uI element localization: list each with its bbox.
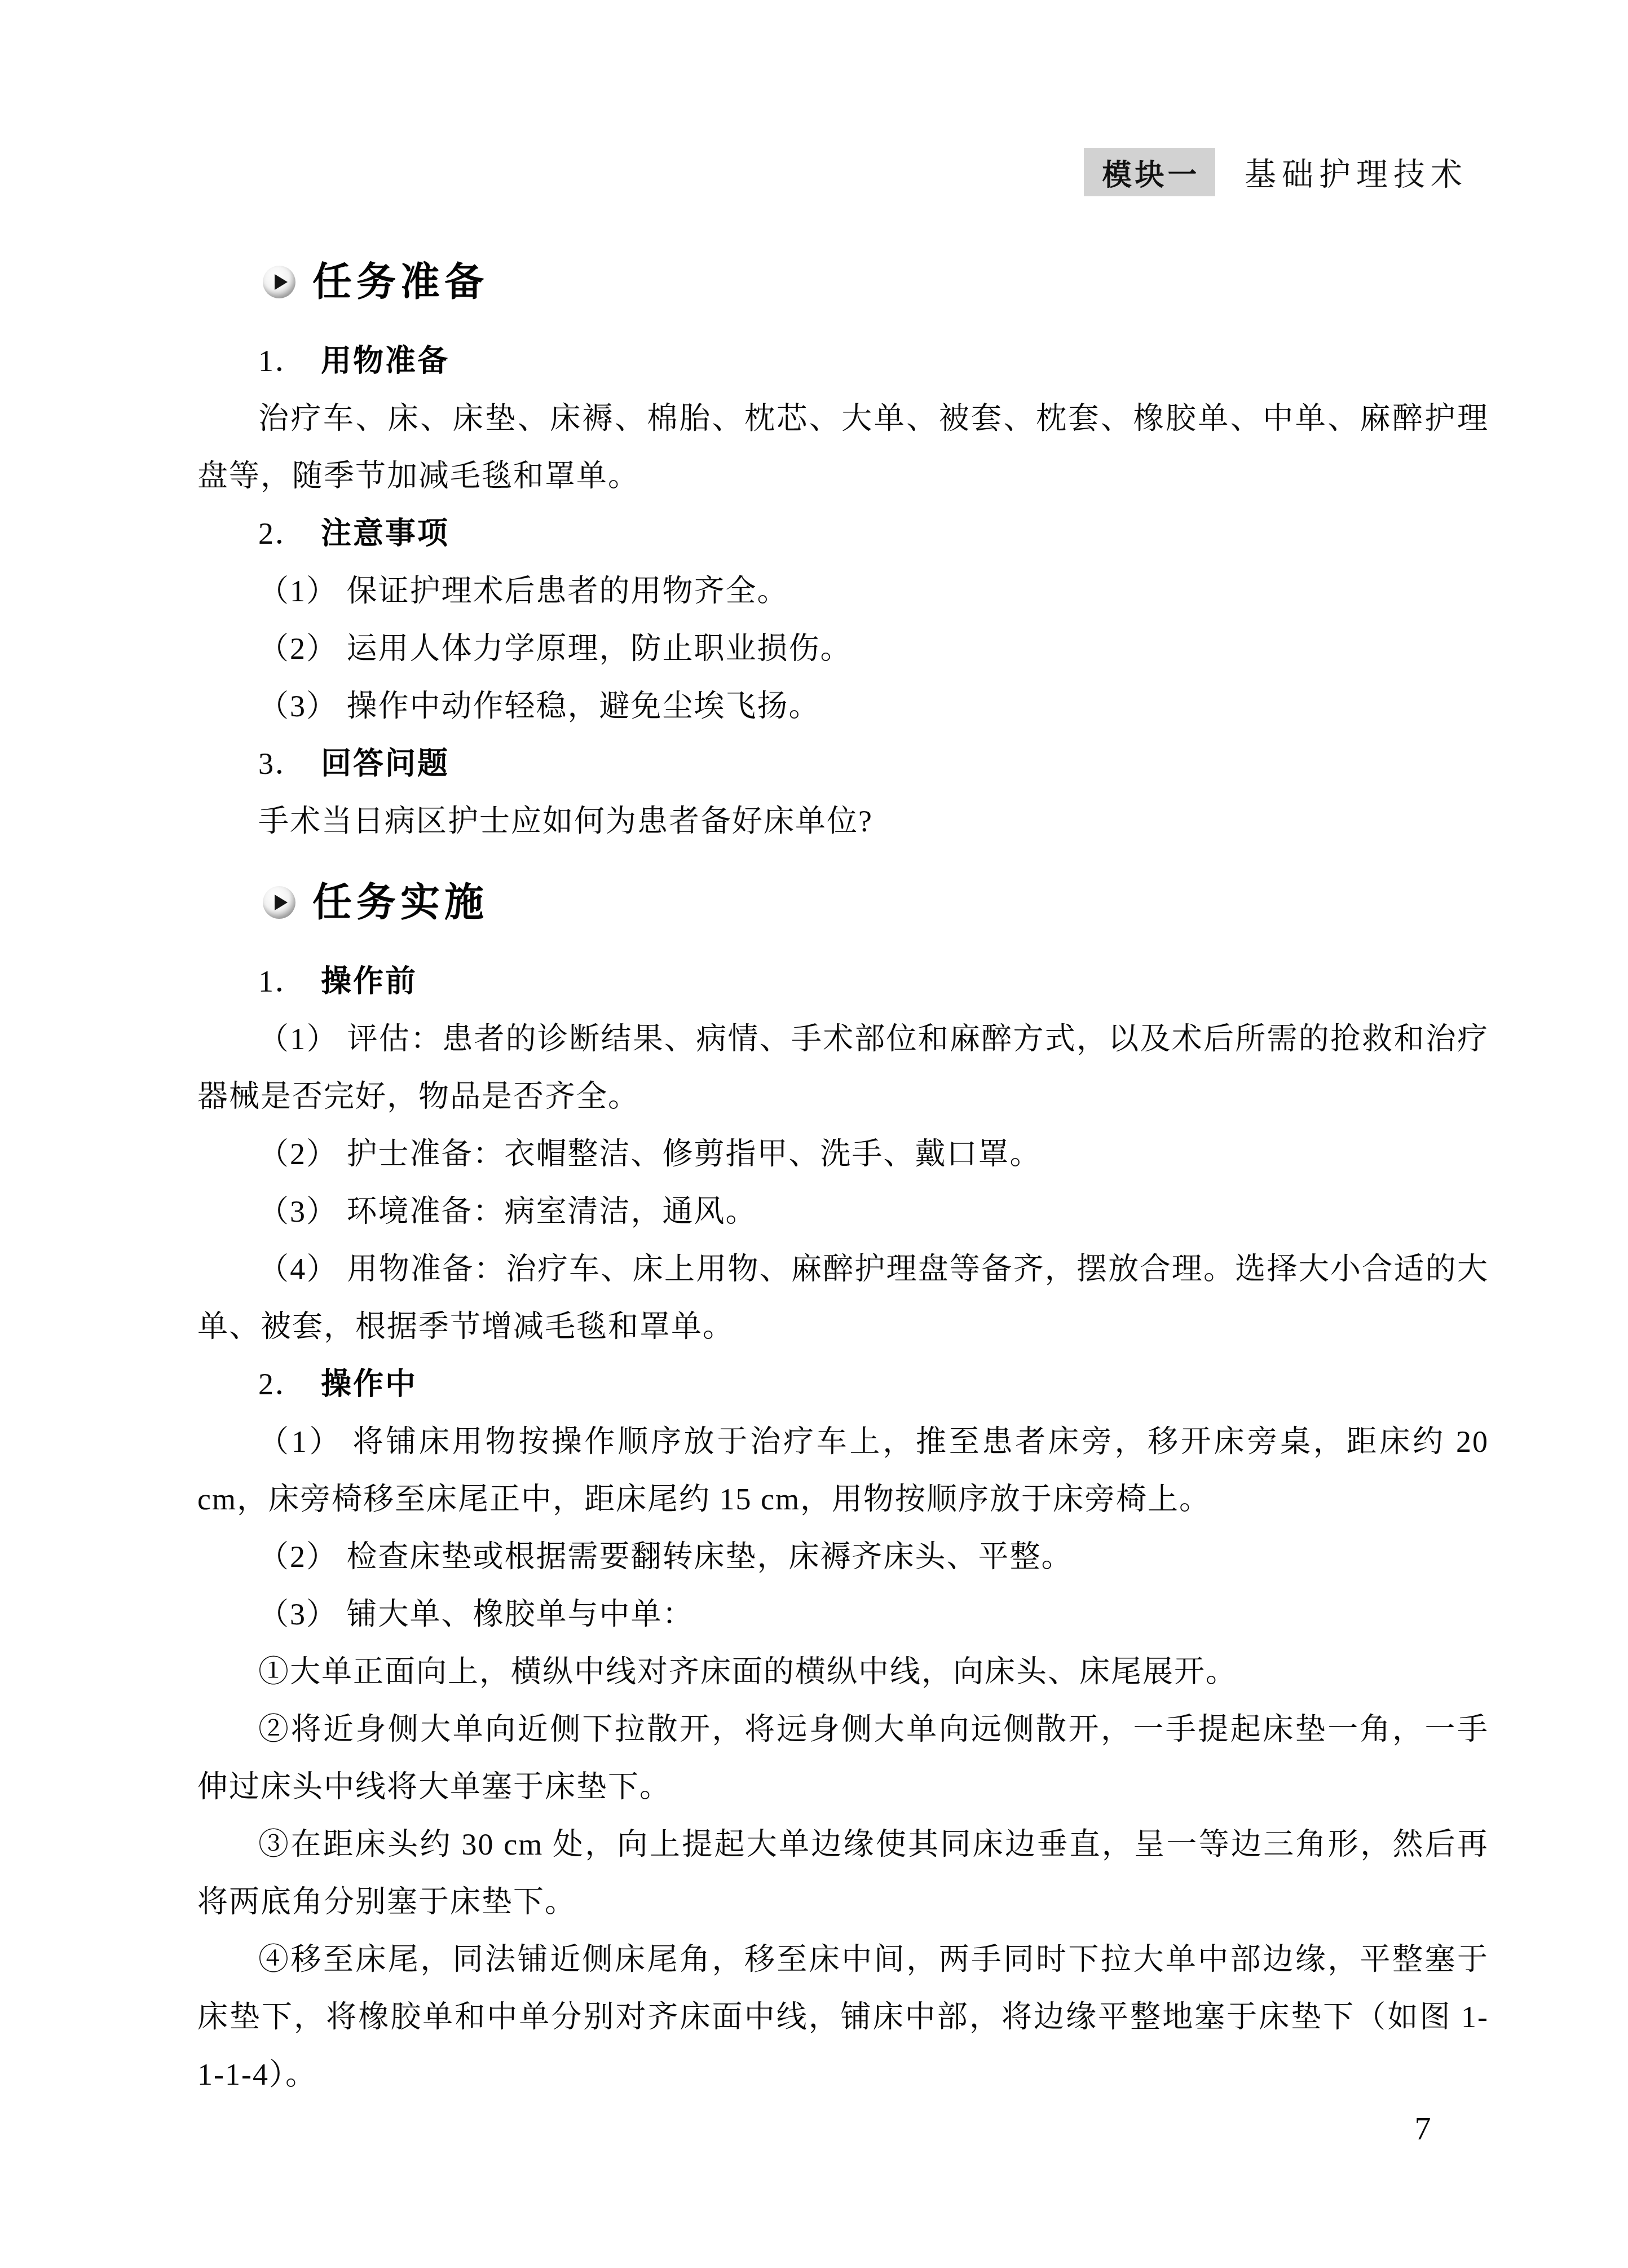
document-section: 任务实施 1．操作前 （1） 评估：患者的诊断结果、病情、手术部位和麻醉方式，以… (197, 877, 1489, 2103)
subheading-number: 2． (258, 1367, 306, 1401)
subheading: 1．操作前 (197, 953, 1489, 1010)
section-blocks: 1．用物准备 治疗车、床、床垫、床褥、棉胎、枕芯、大单、被套、枕套、橡胶单、中单… (197, 332, 1489, 850)
subheading-number: 1． (258, 344, 306, 378)
body-paragraph: （3） 环境准备：病室清洁，通风。 (197, 1183, 1489, 1240)
body-paragraph: （1） 将铺床用物按操作顺序放于治疗车上，推至患者床旁，移开床旁桌，距床约 20… (197, 1413, 1489, 1528)
module-title: 基础护理技术 (1245, 149, 1468, 195)
body-paragraph: （1） 评估：患者的诊断结果、病情、手术部位和麻醉方式，以及术后所需的抢救和治疗… (197, 1010, 1489, 1125)
document-body: 任务准备 1．用物准备 治疗车、床、床垫、床褥、棉胎、枕芯、大单、被套、枕套、橡… (0, 0, 1628, 2103)
module-badge: 模块一 (1084, 148, 1215, 196)
body-paragraph: （3） 操作中动作轻稳，避免尘埃飞扬。 (197, 677, 1489, 735)
subheading-label: 注意事项 (321, 517, 449, 551)
document-section: 任务准备 1．用物准备 治疗车、床、床垫、床褥、棉胎、枕芯、大单、被套、枕套、橡… (197, 257, 1489, 850)
page-number: 7 (1392, 2111, 1454, 2147)
body-paragraph: （1） 保证护理术后患者的用物齐全。 (197, 562, 1489, 620)
section-heading-label: 任务实施 (312, 883, 488, 922)
subheading-number: 3． (258, 747, 306, 781)
body-paragraph: 治疗车、床、床垫、床褥、棉胎、枕芯、大单、被套、枕套、橡胶单、中单、麻醉护理盘等… (197, 390, 1489, 505)
running-head: 模块一 基础护理技术 (1084, 148, 1468, 196)
textbook-page: 模块一 基础护理技术 任务准备 1．用物准备 治疗车、床、床垫、床褥、棉胎、枕芯… (0, 0, 1628, 2268)
body-paragraph: （2） 运用人体力学原理，防止职业损伤。 (197, 620, 1489, 677)
subheading: 2．注意事项 (197, 505, 1489, 562)
section-blocks: 1．操作前 （1） 评估：患者的诊断结果、病情、手术部位和麻醉方式，以及术后所需… (197, 953, 1489, 2103)
subheading-label: 用物准备 (321, 344, 449, 378)
play-triangle-icon (275, 274, 288, 290)
body-paragraph: 手术当日病区护士应如何为患者备好床单位? (197, 792, 1489, 850)
body-paragraph: （4） 用物准备：治疗车、床上用物、麻醉护理盘等备齐，摆放合理。选择大小合适的大… (197, 1240, 1489, 1355)
body-paragraph: ③在距床头约 30 cm 处，向上提起大单边缘使其同床边垂直，呈一等边三角形，然… (197, 1816, 1489, 1931)
subheading: 3．回答问题 (197, 735, 1489, 792)
section-heading: 任务准备 (197, 257, 1489, 307)
subheading-number: 1． (258, 965, 306, 998)
subheading-label: 操作前 (321, 965, 417, 998)
play-icon (263, 266, 295, 298)
body-paragraph: （2） 检查床垫或根据需要翻转床垫，床褥齐床头、平整。 (197, 1528, 1489, 1586)
body-paragraph: （3） 铺大单、橡胶单与中单： (197, 1586, 1489, 1643)
subheading-label: 回答问题 (321, 747, 449, 781)
body-paragraph: ①大单正面向上，横纵中线对齐床面的横纵中线，向床头、床尾展开。 (197, 1643, 1489, 1701)
body-paragraph: ④移至床尾，同法铺近侧床尾角，移至床中间，两手同时下拉大单中部边缘，平整塞于床垫… (197, 1931, 1489, 2103)
subheading-label: 操作中 (321, 1367, 417, 1401)
section-heading-label: 任务准备 (312, 262, 488, 302)
body-paragraph: （2） 护士准备：衣帽整洁、修剪指甲、洗手、戴口罩。 (197, 1125, 1489, 1183)
play-icon (263, 886, 295, 919)
body-paragraph: ②将近身侧大单向近侧下拉散开，将远身侧大单向远侧散开，一手提起床垫一角，一手伸过… (197, 1701, 1489, 1816)
subheading-number: 2． (258, 517, 306, 551)
play-triangle-icon (275, 895, 288, 910)
section-heading: 任务实施 (197, 877, 1489, 928)
subheading: 1．用物准备 (197, 332, 1489, 390)
subheading: 2．操作中 (197, 1355, 1489, 1413)
module-badge-label: 模块一 (1098, 151, 1200, 193)
